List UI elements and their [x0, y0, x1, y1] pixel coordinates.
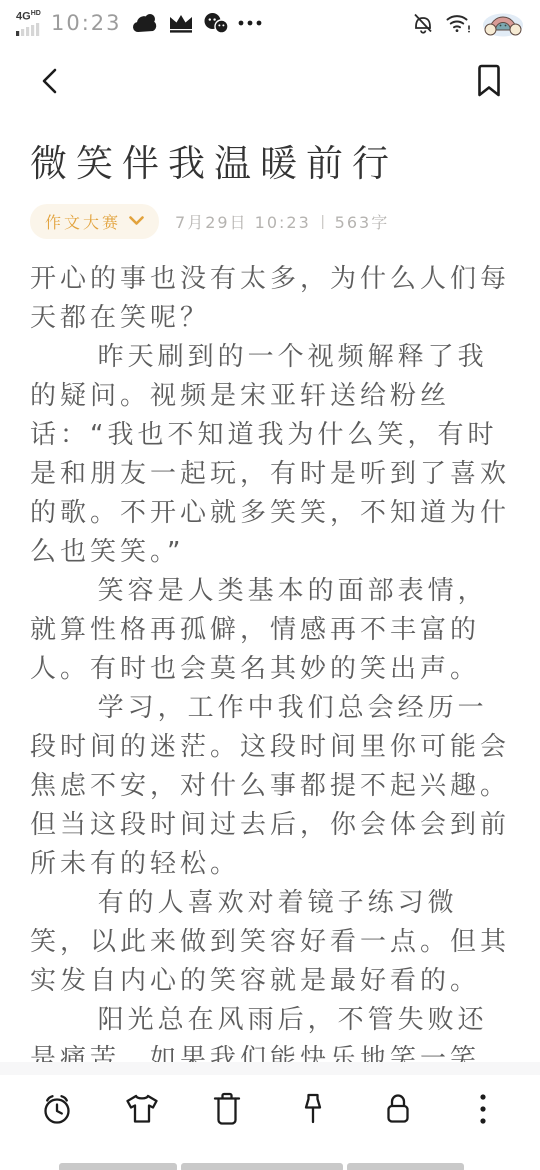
article-title: 微笑伴我温暖前行	[30, 140, 510, 188]
word-count: 563字	[335, 210, 390, 233]
more-dots-icon	[238, 20, 262, 26]
network-type: 4G	[16, 11, 31, 23]
meta-separator: |	[321, 213, 325, 230]
paragraph: 学习，工作中我们总会经历一段时间的迷茫。这段时间里你可能会焦虑不安，对什么事都提…	[30, 689, 510, 884]
more-options-button[interactable]	[456, 1082, 510, 1136]
theme-skin-button[interactable]	[115, 1082, 169, 1136]
alarm-reminder-button[interactable]	[30, 1082, 84, 1136]
cloud-weather-icon	[131, 12, 159, 34]
status-time: 10:23	[51, 11, 122, 35]
lock-button[interactable]	[371, 1082, 425, 1136]
phone-screen: 4GHD 10:23	[0, 0, 540, 1170]
paragraph: 开心的事也没有太多，为什么人们每天都在笑呢？	[30, 260, 510, 338]
crown-icon	[168, 13, 194, 33]
wifi-icon	[445, 12, 472, 34]
gesture-hint-row	[0, 1162, 540, 1170]
gesture-bar-center[interactable]	[181, 1163, 343, 1170]
bottom-toolbar	[0, 1078, 540, 1140]
rainbow-battery-icon	[482, 9, 524, 37]
article: 微笑伴我温暖前行 作文大赛 7月29日 10:23 | 563字 开心的事也没有…	[30, 140, 510, 1118]
lock-icon	[382, 1091, 414, 1127]
wechat-icon	[203, 12, 229, 34]
content-toolbar-divider	[0, 1062, 540, 1075]
bookmark-icon	[476, 64, 502, 98]
paragraph: 笑容是人类基本的面部表情，就算性格再孤僻，情感再不丰富的人。有时也会莫名其妙的笑…	[30, 572, 510, 689]
trash-icon	[210, 1091, 244, 1127]
delete-button[interactable]	[200, 1082, 254, 1136]
pushpin-icon	[297, 1091, 329, 1127]
back-button[interactable]	[38, 66, 64, 96]
kebab-menu-icon	[479, 1093, 487, 1125]
hd-badge: HD	[31, 10, 41, 17]
gesture-bar-left[interactable]	[59, 1163, 177, 1170]
pin-button[interactable]	[286, 1082, 340, 1136]
article-meta: 作文大赛 7月29日 10:23 | 563字	[30, 204, 510, 238]
notifications-muted-icon	[411, 11, 435, 35]
signal-bars-icon	[16, 23, 42, 36]
paragraph: 昨天刷到的一个视频解释了我的疑问。视频是宋亚轩送给粉丝话：“我也不知道我为什么笑…	[30, 338, 510, 572]
article-body[interactable]: 开心的事也没有太多，为什么人们每天都在笑呢？ 昨天刷到的一个视频解释了我的疑问。…	[30, 260, 510, 1118]
nav-bar	[0, 52, 540, 110]
status-bar: 4GHD 10:23	[0, 0, 540, 42]
category-badge-label: 作文大赛	[45, 210, 121, 233]
paragraph: 有的人喜欢对着镜子练习微笑，以此来做到笑容好看一点。但其实发自内心的笑容就是最好…	[30, 884, 510, 1001]
chevron-down-icon	[129, 216, 144, 226]
bookmark-button[interactable]	[476, 64, 502, 98]
back-chevron-icon	[38, 66, 64, 96]
article-date: 7月29日 10:23	[175, 210, 311, 233]
category-badge[interactable]: 作文大赛	[30, 204, 159, 239]
tshirt-theme-icon	[123, 1092, 161, 1126]
alarm-clock-icon	[39, 1091, 75, 1127]
network-indicator: 4GHD	[16, 10, 42, 36]
gesture-bar-right[interactable]	[347, 1163, 464, 1170]
